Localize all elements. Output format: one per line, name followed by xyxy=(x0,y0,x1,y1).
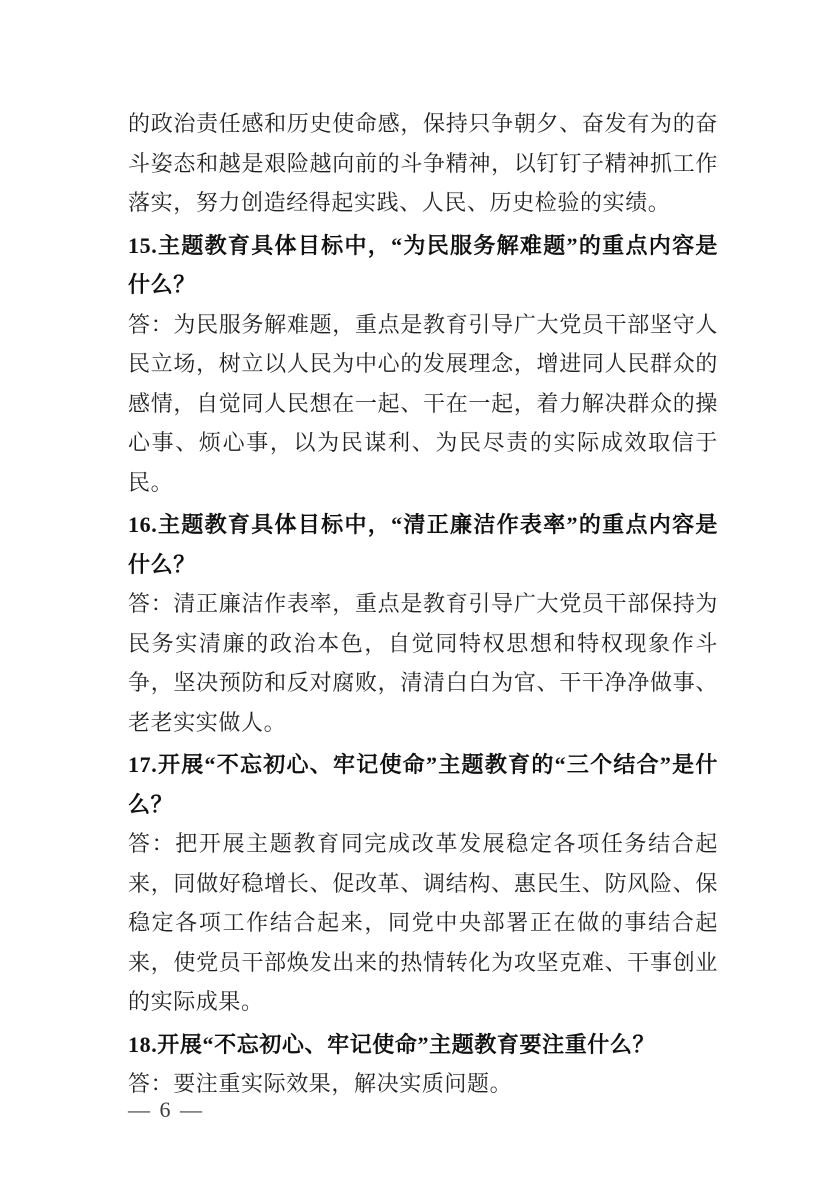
question-15-heading: 15.主题教育具体目标中，“为民服务解难题”的重点内容是什么？ xyxy=(128,226,718,305)
continued-answer-paragraph: 的政治责任感和历史使命感，保持只争朝夕、奋发有为的奋斗姿态和越是艰险越向前的斗争… xyxy=(128,104,718,223)
document-page: 的政治责任感和历史使命感，保持只争朝夕、奋发有为的奋斗姿态和越是艰险越向前的斗争… xyxy=(0,0,840,1188)
answer-15-paragraph: 答：为民服务解难题，重点是教育引导广大党员干部坚守人民立场，树立以人民为中心的发… xyxy=(128,305,718,503)
question-18-heading: 18.开展“不忘初心、牢记使命”主题教育要注重什么？ xyxy=(128,1025,718,1065)
document-content: 的政治责任感和历史使命感，保持只争朝夕、奋发有为的奋斗姿态和越是艰险越向前的斗争… xyxy=(128,104,718,1104)
question-17-heading: 17.开展“不忘初心、牢记使命”主题教育的“三个结合”是什么？ xyxy=(128,745,718,824)
question-16-heading: 16.主题教育具体目标中，“清正廉洁作表率”的重点内容是什么？ xyxy=(128,505,718,584)
answer-18-paragraph: 答：要注重实际效果，解决实质问题。 xyxy=(128,1064,718,1104)
answer-17-paragraph: 答：把开展主题教育同完成改革发展稳定各项任务结合起来，同做好稳增长、促改革、调结… xyxy=(128,824,718,1022)
page-number: — 6 — xyxy=(128,1097,204,1123)
answer-16-paragraph: 答：清正廉洁作表率，重点是教育引导广大党员干部保持为民务实清廉的政治本色，自觉同… xyxy=(128,584,718,742)
